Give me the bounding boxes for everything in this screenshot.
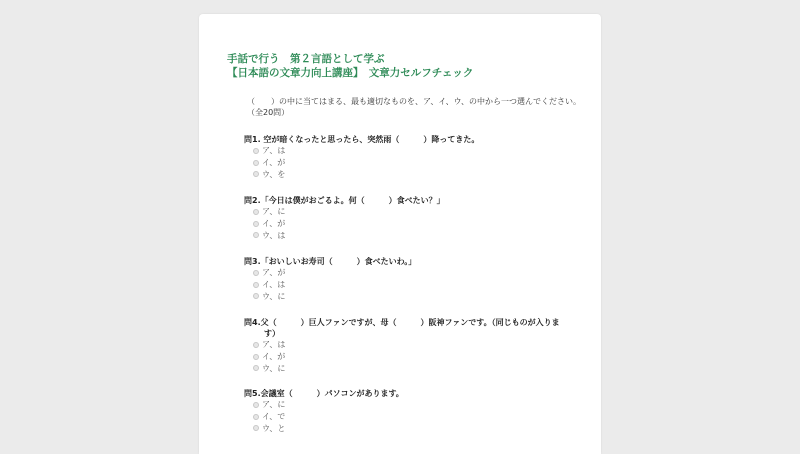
option-label: ア、は [262, 145, 285, 156]
question-text: 問1. 空が暗くなったと思ったら、突然雨（ ）降ってきた。 [244, 134, 564, 145]
title-line-1: 手話で行う 第２言語として学ぶ [227, 52, 473, 66]
question-text: 問3.「おいしいお寿司（ ）食べたいわ。」 [244, 256, 564, 267]
option-label: ウ、と [262, 423, 285, 434]
option-label: イ、が [262, 157, 285, 168]
page-title: 手話で行う 第２言語として学ぶ 【日本語の文章力向上講座】 文章力セルフチェック [227, 52, 473, 80]
option-u[interactable]: ウ、と [253, 422, 564, 434]
question-2: 問2.「今日は僕がおごるよ。何（ ）食べたい？」 ア、に イ、が ウ、は [244, 195, 564, 241]
radio-button[interactable] [253, 209, 259, 215]
radio-button[interactable] [253, 221, 259, 227]
option-label: ウ、を [262, 169, 285, 180]
option-i[interactable]: イ、が [253, 218, 564, 230]
question-text: 問2.「今日は僕がおごるよ。何（ ）食べたい？」 [244, 195, 564, 206]
radio-button[interactable] [253, 270, 259, 276]
radio-button[interactable] [253, 171, 259, 177]
question-1: 問1. 空が暗くなったと思ったら、突然雨（ ）降ってきた。 ア、は イ、が ウ、… [244, 134, 564, 180]
option-i[interactable]: イ、が [253, 157, 564, 169]
radio-button[interactable] [253, 425, 259, 431]
option-i[interactable]: イ、で [253, 411, 564, 423]
option-a[interactable]: ア、は [253, 339, 564, 351]
option-u[interactable]: ウ、に [253, 290, 564, 302]
option-label: ウ、は [262, 230, 285, 241]
option-u[interactable]: ウ、は [253, 229, 564, 241]
radio-button[interactable] [253, 148, 259, 154]
radio-button[interactable] [253, 365, 259, 371]
question-text: 問5.会議室（ ）パソコンがあります。 [244, 388, 564, 399]
instruction-line-2: （全20問） [247, 107, 581, 118]
radio-button[interactable] [253, 414, 259, 420]
option-a[interactable]: ア、に [253, 206, 564, 218]
option-label: ウ、に [262, 291, 285, 302]
question-4: 問4.父（ ）巨人ファンですが、母（ ）阪神ファンです。（同じものが入りま す）… [244, 317, 564, 374]
option-a[interactable]: ア、が [253, 267, 564, 279]
option-i[interactable]: イ、は [253, 279, 564, 291]
radio-button[interactable] [253, 282, 259, 288]
option-i[interactable]: イ、が [253, 351, 564, 363]
option-label: ア、に [262, 206, 285, 217]
option-a[interactable]: ア、に [253, 399, 564, 411]
question-text: 問4.父（ ）巨人ファンですが、母（ ）阪神ファンです。（同じものが入りま す） [244, 317, 564, 339]
radio-button[interactable] [253, 160, 259, 166]
title-line-2: 【日本語の文章力向上講座】 文章力セルフチェック [227, 66, 473, 80]
radio-button[interactable] [253, 402, 259, 408]
option-label: ウ、に [262, 363, 285, 374]
option-u[interactable]: ウ、を [253, 168, 564, 180]
question-5: 問5.会議室（ ）パソコンがあります。 ア、に イ、で ウ、と [244, 388, 564, 434]
option-a[interactable]: ア、は [253, 145, 564, 157]
question-text-line-1: 問4.父（ ）巨人ファンですが、母（ ）阪神ファンです。（同じものが入りま [244, 318, 560, 327]
option-label: イ、は [262, 279, 285, 290]
quiz-card: 手話で行う 第２言語として学ぶ 【日本語の文章力向上講座】 文章力セルフチェック… [199, 14, 601, 445]
radio-button[interactable] [253, 232, 259, 238]
option-label: ア、は [262, 339, 285, 350]
instructions: （ ）の中に当てはまる、最も適切なものを、ア、イ、ウ、の中から一つ選んでください… [247, 96, 581, 118]
radio-button[interactable] [253, 293, 259, 299]
instruction-line-1: （ ）の中に当てはまる、最も適切なものを、ア、イ、ウ、の中から一つ選んでください… [247, 96, 581, 107]
question-3: 問3.「おいしいお寿司（ ）食べたいわ。」 ア、が イ、は ウ、に [244, 256, 564, 302]
option-label: イ、が [262, 218, 285, 229]
radio-button[interactable] [253, 342, 259, 348]
option-label: ア、に [262, 399, 285, 410]
option-u[interactable]: ウ、に [253, 362, 564, 374]
option-label: イ、が [262, 351, 285, 362]
option-label: イ、で [262, 411, 285, 422]
question-text-line-2: す） [244, 328, 564, 339]
option-label: ア、が [262, 267, 285, 278]
radio-button[interactable] [253, 354, 259, 360]
